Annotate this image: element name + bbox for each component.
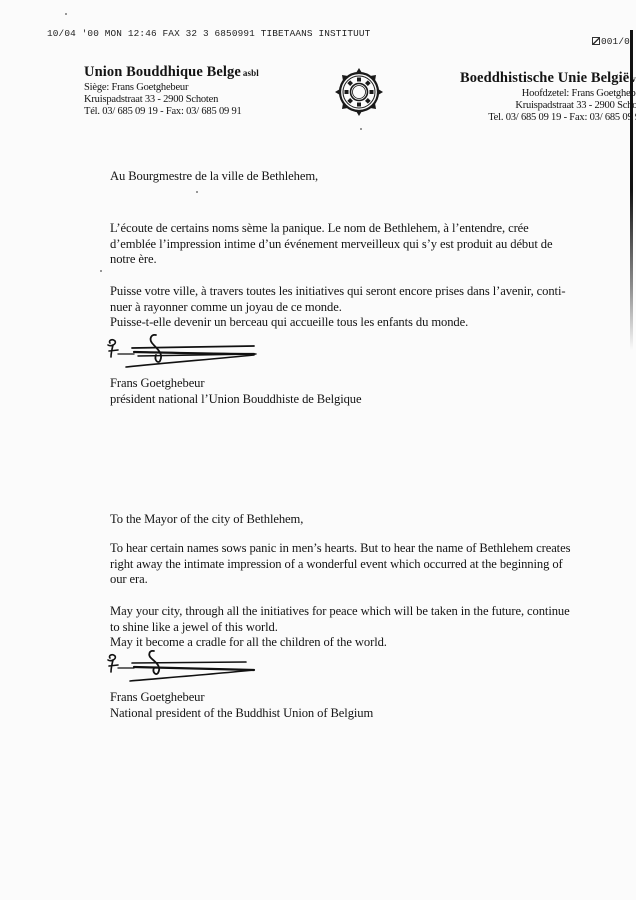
org-suffix: asbl xyxy=(243,68,259,78)
dharma-wheel-icon xyxy=(334,66,384,118)
signer-name-fr: Frans Goetghebeur xyxy=(110,376,204,392)
paragraph-line: nuer à rayonner comme un joyau de ce mon… xyxy=(110,300,590,316)
paragraph-line: d’emblée l’impression intime d’un événem… xyxy=(110,237,590,253)
paragraph-fr-2: Puisse votre ville, à travers toutes les… xyxy=(110,284,590,331)
salutation-fr: Au Bourgmestre de la ville de Bethlehem, xyxy=(110,169,318,185)
paragraph-line: To hear certain names sows panic in men’… xyxy=(110,541,590,557)
scan-speck xyxy=(196,191,198,193)
paragraph-fr-1: L’écoute de certains noms sème la paniqu… xyxy=(110,221,590,268)
handwritten-signature xyxy=(104,333,274,375)
org-title-fr: Union Bouddhique Belgeasbl xyxy=(84,64,259,81)
signer-name-en: Frans Goetghebeur xyxy=(110,690,204,706)
paragraph-line: to shine like a jewel of this world. xyxy=(110,620,590,636)
fax-page-icon xyxy=(592,37,600,45)
paragraph-en-2: May your city, through all the initiativ… xyxy=(110,604,590,651)
org-phone-fax: Tel. 03/ 685 09 19 - Fax: 03/ 685 09 9 xyxy=(464,112,636,124)
scan-speck xyxy=(65,13,67,15)
scan-speck xyxy=(360,128,362,130)
org-address: Kruispadstraat 33 - 2900 Schot xyxy=(464,100,636,112)
paragraph-line: L’écoute de certains noms sème la paniqu… xyxy=(110,221,590,237)
org-title-nl: Boeddhistische Unie Belgiëvz xyxy=(460,70,636,87)
letterhead-left: Union Bouddhique Belgeasbl Siège: Frans … xyxy=(84,64,259,118)
signer-title-en: National president of the Buddhist Union… xyxy=(110,706,373,722)
fax-page-counter: 001/0 xyxy=(592,36,630,47)
salutation-en: To the Mayor of the city of Bethlehem, xyxy=(110,512,303,528)
org-seat: Hoofdzetel: Frans Goetghebe xyxy=(464,88,636,100)
org-seat: Siège: Frans Goetghebeur xyxy=(84,82,259,94)
org-phone-fax: Tél. 03/ 685 09 19 - Fax: 03/ 685 09 91 xyxy=(84,106,259,118)
page-counter-text: 001/0 xyxy=(601,36,630,47)
paragraph-line: right away the intimate impression of a … xyxy=(110,557,590,573)
paragraph-line: May your city, through all the initiativ… xyxy=(110,604,590,620)
paragraph-line: Puisse-t-elle devenir un berceau qui acc… xyxy=(110,315,590,331)
handwritten-signature xyxy=(104,648,274,688)
paragraph-en-1: To hear certain names sows panic in men’… xyxy=(110,541,590,588)
fax-transmission-line: 10/04 '00 MON 12:46 FAX 32 3 6850991 TIB… xyxy=(47,28,370,39)
paragraph-line: notre ère. xyxy=(110,252,590,268)
org-name: Boeddhistische Unie België xyxy=(460,70,629,86)
paragraph-line: Puisse votre ville, à travers toutes les… xyxy=(110,284,590,300)
paragraph-line: our era. xyxy=(110,572,590,588)
org-name: Union Bouddhique Belge xyxy=(84,64,241,80)
org-suffix: vz xyxy=(631,74,636,84)
scan-speck xyxy=(100,270,102,272)
letterhead-right: Boeddhistische Unie Belgiëvz Hoofdzetel:… xyxy=(464,70,636,124)
signer-title-fr: président national l’Union Bouddhiste de… xyxy=(110,392,361,408)
org-address: Kruispadstraat 33 - 2900 Schoten xyxy=(84,94,259,106)
